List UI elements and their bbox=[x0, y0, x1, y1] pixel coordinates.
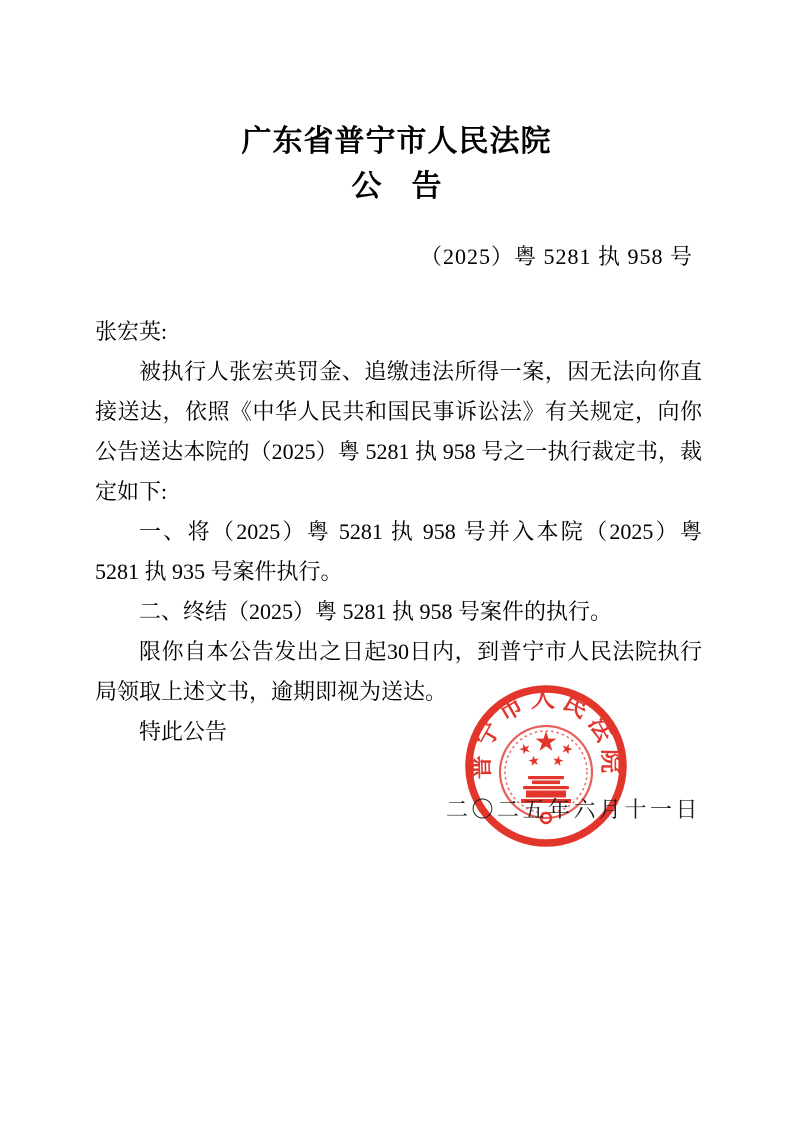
court-name-title: 广东省普宁市人民法院 bbox=[0, 116, 793, 160]
body-paragraph: 二、终结（2025）粤 5281 执 958 号案件的执行。 bbox=[95, 592, 702, 632]
body-paragraph: 一、将（2025）粤 5281 执 958 号并入本院（2025）粤 5281 … bbox=[95, 512, 702, 592]
court-announcement-page: 广东省普宁市人民法院 公 告 （2025）粤 5281 执 958 号 张宏英:… bbox=[0, 0, 793, 1122]
court-seal: 普宁市人民法院 bbox=[462, 682, 630, 850]
seal-text: 普宁市人民法院 bbox=[467, 685, 624, 779]
addressee-line: 张宏英: bbox=[95, 312, 702, 352]
body-paragraph: 被执行人张宏英罚金、追缴违法所得一案，因无法向你直接送达，依照《中华人民共和国民… bbox=[95, 352, 702, 512]
date-line: 二〇二五年六月十一日 bbox=[446, 793, 701, 824]
case-number: （2025）粤 5281 执 958 号 bbox=[420, 240, 693, 271]
announcement-title: 公 告 bbox=[0, 161, 793, 205]
